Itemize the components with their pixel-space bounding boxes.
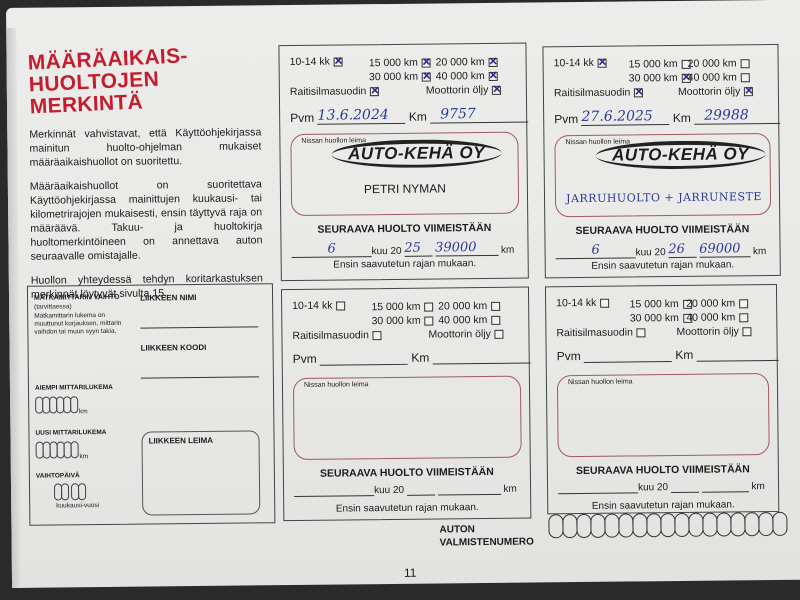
checkbox-months[interactable]: [598, 58, 607, 67]
digit-slots: [35, 396, 77, 413]
km-field[interactable]: 29988: [694, 107, 780, 125]
date-field[interactable]: 27.6.2025: [581, 108, 669, 126]
checkbox-months[interactable]: [600, 298, 609, 307]
kuu-label: kuu 20: [372, 246, 402, 257]
stamp-label: Nissan huollon leima: [568, 378, 633, 386]
interval-40000: 40 000 km: [436, 70, 498, 83]
km15-label: 15 000 km: [371, 301, 420, 314]
next-service-row: 6kuu 20 26 69000 km: [555, 241, 766, 259]
odometer-subtitle: (tarvittaessa): [34, 303, 72, 310]
checkbox-oil[interactable]: [744, 87, 753, 96]
km-label: Km: [411, 351, 429, 365]
checkbox-months[interactable]: [336, 301, 345, 310]
checkbox-filter[interactable]: [370, 87, 379, 96]
km-unit: km: [753, 246, 766, 257]
vin-digit-slot[interactable]: [562, 514, 577, 538]
date-label: Pvm: [290, 111, 314, 125]
kuu-label: kuu 20: [374, 485, 404, 496]
km20-label: 20 000 km: [688, 57, 737, 70]
next-service-title: SEURAAVA HUOLTO VIIMEISTÄÄN: [548, 463, 778, 477]
vin-digit-slot[interactable]: [660, 513, 675, 537]
km30-label: 30 000 km: [629, 72, 678, 85]
interval-30000: 30 000 km: [630, 312, 692, 325]
km20-label: 20 000 km: [686, 297, 735, 310]
checkbox-oil[interactable]: [495, 330, 504, 339]
vin-digit-slot[interactable]: [548, 514, 563, 538]
vin-digit-slot[interactable]: [576, 514, 591, 538]
engine-oil: Moottorin öljy: [676, 325, 752, 338]
km40-label: 40 000 km: [436, 70, 485, 83]
engine-oil: Moottorin öljy: [426, 84, 502, 97]
vin-digit-slot[interactable]: [674, 513, 689, 537]
date-field[interactable]: [320, 364, 408, 366]
vin-digit-slot[interactable]: [744, 512, 759, 536]
next-km-field[interactable]: [438, 494, 501, 496]
date-field[interactable]: [584, 361, 672, 363]
vin-digit-slot[interactable]: [688, 513, 703, 537]
shop-stamp-label: LIIKKEEN LEIMA: [148, 436, 213, 446]
vin-digit-slot[interactable]: [758, 512, 773, 536]
date-row: Pvm 13.6.2024 Km 9757: [290, 106, 528, 125]
km-label: Km: [409, 110, 427, 124]
stamp-label: Nissan huollon leima: [304, 381, 369, 389]
change-date-field[interactable]: [54, 483, 85, 502]
shop-stamp-area[interactable]: LIIKKEEN LEIMA: [141, 430, 260, 515]
title-line: MERKINTÄ: [29, 89, 190, 118]
air-filter: Raitisilmasuodin: [556, 326, 646, 339]
km40-label: 40 000 km: [438, 314, 487, 327]
km-unit: km: [79, 408, 88, 415]
service-record: 10-14 kk 15 000 km 20 000 km 30 000 km 4…: [281, 287, 531, 522]
next-year-field[interactable]: [407, 495, 435, 496]
checkbox-filter[interactable]: [637, 328, 646, 337]
km-unit: km: [79, 453, 88, 460]
dealer-stamp-logo: AUTO-KEHÄ OY: [331, 139, 501, 169]
interval-months: 10-14 kk: [554, 57, 607, 70]
months-label: 10-14 kk: [292, 300, 332, 312]
checkbox-km15[interactable]: [422, 58, 431, 67]
km-unit: km: [751, 481, 764, 492]
interval-15000: 15 000 km: [629, 58, 691, 71]
next-service-row: kuu 20 km: [294, 484, 517, 497]
next-month-field[interactable]: 6: [555, 242, 635, 259]
interval-30000: 30 000 km: [372, 315, 434, 328]
stamp-name: PETRI NYMAN: [292, 181, 518, 197]
km-field[interactable]: 9757: [430, 106, 528, 124]
next-km-field[interactable]: [702, 491, 749, 492]
vin-label: AUTON VALMISTENUMERO: [439, 523, 534, 550]
service-record: 10-14 kk 15 000 km 20 000 km 30 000 km 4…: [542, 44, 780, 278]
km40-label: 40 000 km: [688, 71, 737, 84]
first-reached-note: Ensin saavutetun rajan mukaan.: [282, 258, 528, 272]
date-row: Pvm 27.6.2025 Km 29988: [554, 107, 780, 126]
km-unit: km: [501, 245, 514, 256]
first-reached-note: Ensin saavutetun rajan mukaan.: [284, 502, 530, 516]
dealer-stamp-logo: AUTO-KEHÄ OY: [595, 140, 765, 170]
service-note: JARRUHUOLTO + JARRUNESTE: [562, 190, 766, 205]
service-book-page: MÄÄRÄAIKAIS- HUOLTOJEN MERKINTÄ Merkinnä…: [6, 0, 800, 588]
next-year-field[interactable]: [671, 492, 699, 493]
checkbox-km40[interactable]: [489, 72, 498, 81]
digit-slots: [36, 441, 78, 458]
next-month-field[interactable]: [558, 492, 638, 494]
air-filter: Raitisilmasuodin: [292, 329, 382, 342]
engine-oil: Moottorin öljy: [678, 85, 754, 98]
interval-15000: 15 000 km: [630, 298, 692, 311]
interval-20000: 20 000 km: [438, 300, 500, 313]
interval-30000: 30 000 km: [369, 71, 431, 84]
oil-label: Moottorin öljy: [678, 85, 741, 98]
months-label: 10-14 kk: [556, 297, 596, 309]
checkbox-km30[interactable]: [425, 316, 434, 325]
odometer-change-box: MATKAMITTARIN VAIHTO (tarvittaessa) Matk…: [27, 283, 275, 526]
interval-15000: 15 000 km: [369, 57, 431, 70]
km40-label: 40 000 km: [686, 311, 735, 324]
service-record: 10-14 kk 15 000 km 20 000 km 30 000 km 4…: [278, 43, 528, 282]
filter-label: Raitisilmasuodin: [292, 329, 369, 342]
vin-digit-slot[interactable]: [730, 512, 745, 536]
checkbox-km40[interactable]: [491, 316, 500, 325]
km15-label: 15 000 km: [630, 298, 679, 311]
interval-20000: 20 000 km: [436, 56, 498, 69]
stamp-area[interactable]: Nissan huollon leima: [293, 376, 522, 460]
checkbox-oil[interactable]: [743, 327, 752, 336]
page-number: 11: [404, 566, 417, 580]
checkbox-filter[interactable]: [634, 88, 643, 97]
change-date-label: VAIHTOPÄIVÄ: [36, 472, 80, 479]
oil-label: Moottorin öljy: [426, 84, 489, 97]
date-label: Pvm: [293, 352, 317, 366]
vin-digit-slot[interactable]: [646, 513, 661, 537]
months-label: 10-14 kk: [554, 57, 594, 69]
next-service-title: SEURAAVA HUOLTO VIIMEISTÄÄN: [281, 222, 527, 237]
vin-digit-slot[interactable]: [590, 514, 605, 538]
km-field[interactable]: [433, 363, 531, 365]
date-row: Pvm Km: [293, 350, 531, 366]
digit-slots: [54, 483, 85, 500]
vin-label-line: VALMISTENUMERO: [440, 536, 534, 550]
vin-digit-slot[interactable]: [716, 512, 731, 536]
intro-paragraph: Merkinnät vahvistavat, että Käyttöohjeki…: [29, 125, 261, 169]
km-field[interactable]: [697, 360, 779, 362]
interval-20000: 20 000 km: [686, 297, 748, 310]
odometer-desc: Matkamittarin lukema on muuttunut korjau…: [34, 312, 134, 337]
km15-label: 15 000 km: [369, 57, 418, 70]
checkbox-km30[interactable]: [422, 72, 431, 81]
next-km-field[interactable]: 39000: [435, 240, 498, 257]
vin-digit-slot[interactable]: [702, 513, 717, 537]
checkbox-months[interactable]: [334, 57, 343, 66]
km30-label: 30 000 km: [372, 315, 421, 328]
interval-40000: 40 000 km: [438, 314, 500, 327]
oil-label: Moottorin öljy: [676, 325, 739, 338]
date-hint: kuukausi-vuosi: [56, 502, 99, 509]
km30-label: 30 000 km: [630, 312, 679, 325]
shop-name-field[interactable]: [140, 326, 258, 328]
checkbox-km40[interactable]: [739, 313, 748, 322]
next-service-title: SEURAAVA HUOLTO VIIMEISTÄÄN: [284, 466, 530, 481]
next-service-row: kuu 20 km: [558, 481, 765, 494]
oil-label: Moottorin öljy: [428, 328, 491, 341]
page-edge: [6, 28, 22, 588]
next-service-row: 6kuu 20 25 39000 km: [291, 240, 514, 258]
filter-label: Raitisilmasuodin: [554, 86, 631, 99]
shop-code-label: LIIKKEEN KOODI: [141, 343, 207, 353]
kuu-label: kuu 20: [636, 247, 666, 258]
vin-field[interactable]: [548, 512, 786, 543]
first-reached-note: Ensin saavutetun rajan mukaan.: [548, 499, 778, 512]
vin-digit-slot[interactable]: [632, 513, 647, 537]
new-reading-field[interactable]: km: [36, 441, 89, 461]
interval-20000: 20 000 km: [688, 57, 750, 70]
vin-digit-slot[interactable]: [604, 514, 619, 538]
km-unit: km: [503, 484, 516, 495]
intro-paragraph: Määräaikaishuollot on suoritettava Käytt…: [30, 177, 263, 263]
date-label: Pvm: [554, 112, 578, 126]
months-label: 10-14 kk: [290, 56, 330, 68]
km-label: Km: [673, 111, 691, 125]
checkbox-km15[interactable]: [424, 302, 433, 311]
odometer-title: MATKAMITTARIN VAIHTO: [34, 294, 119, 302]
previous-reading-field[interactable]: km: [35, 396, 88, 416]
checkbox-oil[interactable]: [492, 86, 501, 95]
km-label: Km: [675, 348, 693, 362]
air-filter: Raitisilmasuodin: [290, 85, 380, 98]
previous-reading-label: AIEMPI MITTARILUKEMA: [35, 384, 113, 392]
vin-digit-slot[interactable]: [618, 513, 633, 537]
checkbox-km20[interactable]: [491, 302, 500, 311]
interval-months: 10-14 kk: [290, 55, 343, 68]
interval-months: 10-14 kk: [556, 297, 609, 310]
vin-digit-slot[interactable]: [772, 512, 787, 536]
checkbox-km20[interactable]: [739, 299, 748, 308]
interval-40000: 40 000 km: [686, 311, 748, 324]
interval-months: 10-14 kk: [292, 299, 345, 312]
engine-oil: Moottorin öljy: [428, 328, 504, 341]
interval-30000: 30 000 km: [629, 72, 691, 85]
stamp-area[interactable]: Nissan huollon leima: [557, 373, 770, 457]
km30-label: 30 000 km: [369, 71, 418, 84]
kuu-label: kuu 20: [638, 482, 668, 493]
checkbox-km40[interactable]: [741, 73, 750, 82]
next-service-title: SEURAAVA HUOLTO VIIMEISTÄÄN: [545, 223, 779, 237]
air-filter: Raitisilmasuodin: [554, 86, 644, 99]
first-reached-note: Ensin saavutetun rajan mukaan.: [546, 259, 780, 272]
date-row: Pvm Km: [557, 347, 779, 363]
next-km-field[interactable]: 69000: [699, 241, 750, 258]
date-label: Pvm: [557, 349, 581, 363]
service-record: 10-14 kk 15 000 km 20 000 km 30 000 km 4…: [545, 284, 779, 514]
checkbox-filter[interactable]: [373, 331, 382, 340]
next-month-field[interactable]: 6: [291, 241, 371, 258]
km15-label: 15 000 km: [629, 58, 678, 71]
next-month-field[interactable]: [294, 495, 374, 497]
service-records: 10-14 kk 15 000 km 20 000 km 30 000 km 4…: [6, 0, 800, 8]
filter-label: Raitisilmasuodin: [290, 85, 367, 98]
interval-40000: 40 000 km: [688, 71, 750, 84]
shop-code-field[interactable]: [141, 376, 259, 378]
checkbox-km20[interactable]: [741, 59, 750, 68]
filter-label: Raitisilmasuodin: [556, 326, 633, 339]
new-reading-label: UUSI MITTARILUKEMA: [35, 429, 106, 437]
stamp-area[interactable]: Nissan huollon leima AUTO-KEHÄ OY JARRUH…: [554, 133, 771, 217]
km20-label: 20 000 km: [436, 56, 485, 69]
checkbox-km20[interactable]: [489, 58, 498, 67]
shop-name-label: LIIKKEEN NIMI: [140, 293, 197, 303]
next-year-field[interactable]: 25: [404, 241, 432, 257]
stamp-area[interactable]: Nissan huollon leima AUTO-KEHÄ OY PETRI …: [290, 132, 519, 216]
page-title: MÄÄRÄAIKAIS- HUOLTOJEN MERKINTÄ: [27, 45, 190, 118]
km20-label: 20 000 km: [438, 300, 487, 313]
next-year-field[interactable]: 26: [668, 242, 696, 258]
interval-15000: 15 000 km: [371, 301, 433, 314]
vin-label-line: AUTON: [439, 523, 533, 537]
date-field[interactable]: 13.6.2024: [317, 107, 405, 125]
